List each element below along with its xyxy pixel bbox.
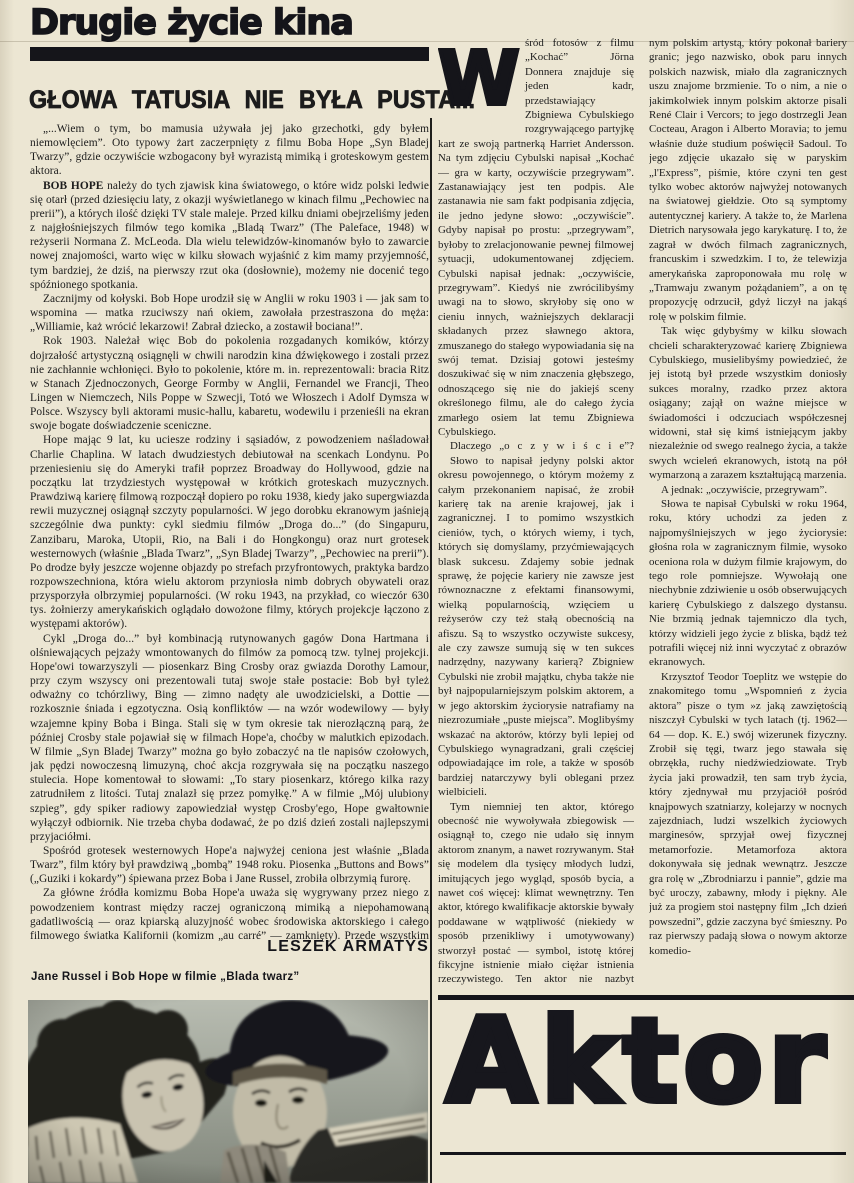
paragraph: Za główne źródła komizmu Boba Hope'a uwa… bbox=[30, 886, 429, 942]
feature-column-2: nym polskim artystą, który pokonał barie… bbox=[649, 36, 847, 986]
thin-rule bbox=[440, 1152, 846, 1155]
paragraph: nym polskim artystą, który pokonał barie… bbox=[649, 36, 847, 324]
paragraph-text: „...Wiem o tym, bo mamusia używała jej j… bbox=[30, 123, 429, 177]
byline: LESZEK ARMATYS bbox=[30, 938, 429, 956]
column-divider bbox=[430, 118, 432, 1183]
masthead-rule bbox=[30, 47, 429, 61]
article-body: „...Wiem o tym, bo mamusia używała jej j… bbox=[30, 122, 429, 942]
paragraph: Krzysztof Teodor Toeplitz we wstępie do … bbox=[649, 670, 847, 958]
paragraph-text: należy do tych zjawisk kina światowego, … bbox=[30, 180, 429, 291]
paragraph-lead: BOB HOPE bbox=[43, 180, 103, 192]
paragraph: Rok 1903. Należał więc Bob do pokolenia … bbox=[30, 334, 429, 433]
paragraph: BOB HOPE należy do tych zjawisk kina świ… bbox=[30, 179, 429, 292]
paragraph: Słowa te napisał Cybulski w roku 1964, r… bbox=[649, 497, 847, 670]
paragraph: „...Wiem o tym, bo mamusia używała jej j… bbox=[30, 122, 429, 179]
masthead-title: Drugie życie kina bbox=[30, 3, 353, 43]
paragraph: Zacznijmy od kołyski. Bob Hope urodził s… bbox=[30, 292, 429, 334]
paragraph: Słowo to napisał jedyny polski aktor okr… bbox=[438, 454, 634, 800]
drop-cap: W bbox=[438, 40, 518, 126]
paragraph: Spośród grotesek westernowych Hope'a naj… bbox=[30, 844, 429, 886]
paragraph-text: Spośród grotesek westernowych Hope'a naj… bbox=[30, 845, 429, 885]
photo-caption: Jane Russel i Bob Hope w filmie „Blada t… bbox=[31, 971, 299, 983]
paragraph: Dlaczego „o c z y w i ś c i e”? bbox=[438, 439, 634, 453]
feature-column-1: Wśród fotosów z filmu „Kochać” Jörna Don… bbox=[438, 36, 634, 986]
paragraph: Tym niemniej ten aktor, którego obecność… bbox=[438, 800, 634, 986]
paragraph-text: Za główne źródła komizmu Boba Hope'a uwa… bbox=[30, 887, 429, 942]
paragraph: A jednak: „oczywiście, przegrywam”. bbox=[649, 483, 847, 497]
paragraph-text: Hope mając 9 lat, ku uciesze rodziny i s… bbox=[30, 434, 429, 630]
paragraph: Wśród fotosów z filmu „Kochać” Jörna Don… bbox=[438, 36, 634, 439]
paragraph: Hope mając 9 lat, ku uciesze rodziny i s… bbox=[30, 433, 429, 631]
paragraph-text: Rok 1903. Należał więc Bob do pokolenia … bbox=[30, 335, 429, 432]
paragraph-text: Zacznijmy od kołyski. Bob Hope urodził s… bbox=[30, 293, 429, 333]
photo-jane-russell-bob-hope bbox=[28, 1000, 428, 1183]
feature-headline: Aktor bbox=[446, 1004, 830, 1120]
magazine-page: Drugie życie kina GŁOWA TATUSIA NIE BYŁA… bbox=[0, 0, 854, 1183]
paragraph-text: Cykl „Droga do...” był kombinacją rutyno… bbox=[30, 633, 429, 843]
paragraph: Cykl „Droga do...” był kombinacją rutyno… bbox=[30, 632, 429, 844]
paragraph: Tak więc gdybyśmy w kilku słowach chciel… bbox=[649, 324, 847, 482]
article-headline: GŁOWA TATUSIA NIE BYŁA PUSTA... bbox=[29, 86, 475, 115]
